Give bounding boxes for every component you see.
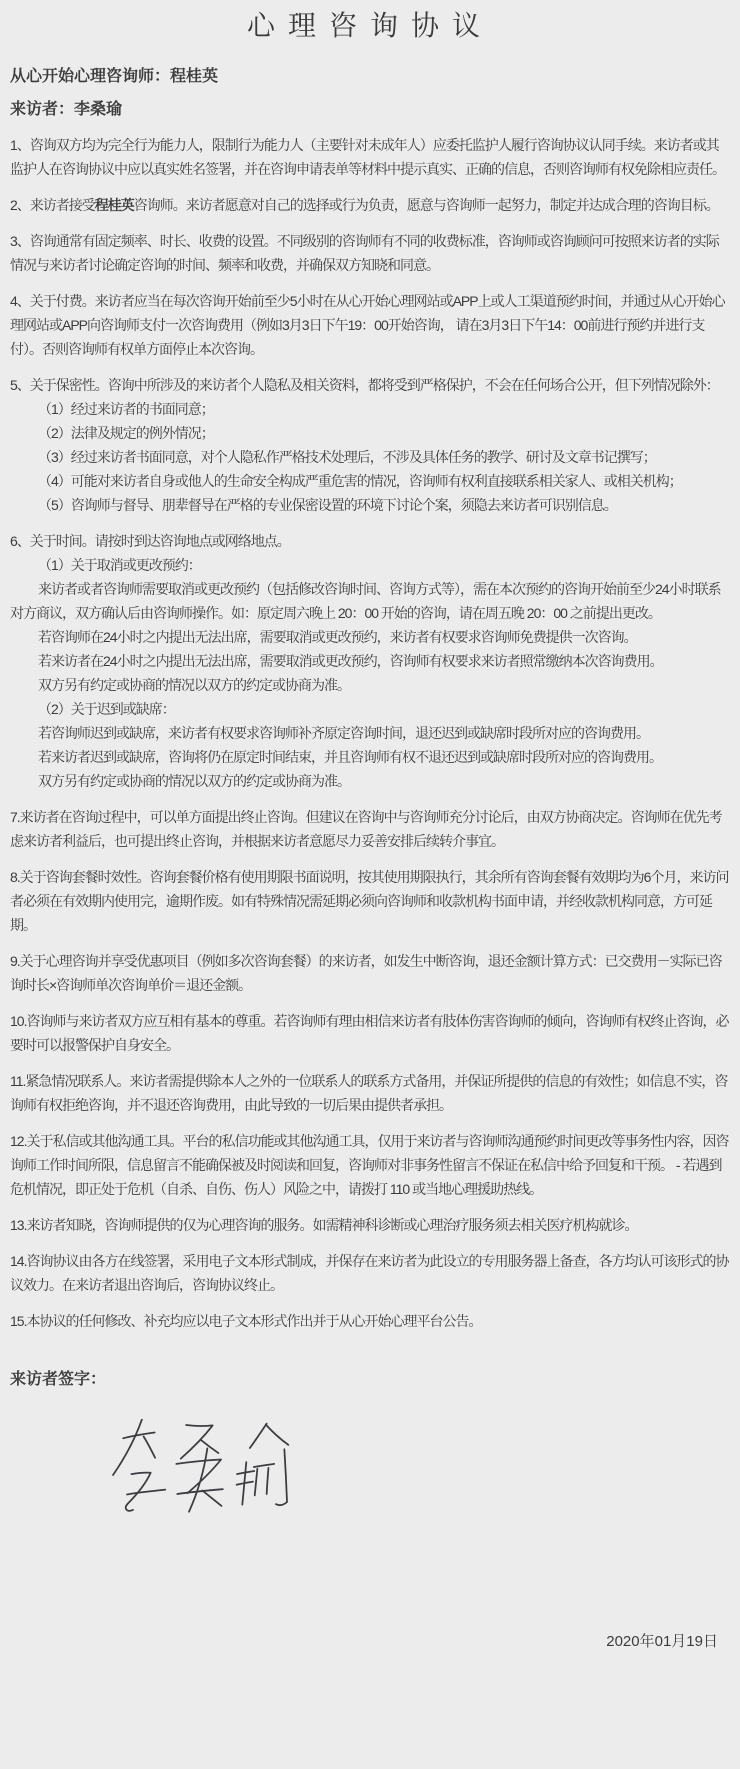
clause-paragraph: 3、咨询通常有固定频率、时长、收费的设置。不同级别的咨询师有不同的收费标准，咨询… [10,229,730,277]
clause-paragraph: 8.关于咨询套餐时效性。咨询套餐价格有使用期限书面说明，按其使用期限执行，其余所… [10,865,730,937]
clause-text: 2、来访者接受 [10,197,95,213]
sub-item-paragraph: （5）咨询师与督导、朋辈督导在严格的专业保密设置的环境下讨论个案，须隐去来访者可… [10,493,730,517]
indented-paragraph: 双方另有约定或协商的情况以双方的约定或协商为准。 [10,769,730,793]
clause-paragraph: 10.咨询师与来访者双方应互相有基本的尊重。若咨询师有理由相信来访者有肢体伤害咨… [10,1009,730,1057]
sub-item-paragraph: （3）经过来访者书面同意，对个人隐私作严格技术处理后，不涉及具体任务的教学、研讨… [10,445,730,469]
indented-paragraph: 若来访者在24小时之内提出无法出席，需要取消或更改预约，咨询师有权要求来访者照常… [10,649,730,673]
sub-item-paragraph: （1）经过来访者的书面同意； [10,397,730,421]
clause-paragraph: 4、关于付费。来访者应当在每次咨询开始前至少5小时在从心开始心理网站或APP上或… [10,289,730,361]
visitor-line: 来访者：李桑瑜 [10,99,730,121]
indented-paragraph: 若咨询师在24小时之内提出无法出席，需要取消或更改预约，来访者有权要求咨询师免费… [10,625,730,649]
agreement-page: { "colors": { "background": "#ececec", "… [0,0,740,1769]
sub-item-paragraph: （4）可能对来访者自身或他人的生命安全构成严重危害的情况，咨询师有权利直接联系相… [10,469,730,493]
clause-paragraph: 1、咨询双方均为完全行为能力人，限制行为能力人（主要针对未成年人）应委托监护人履… [10,133,730,181]
clause-paragraph: 14.咨询协议由各方在线签署，采用电子文本形式制成，并保存在来访者为此设立的专用… [10,1249,730,1297]
clause-paragraph: 9.关于心理咨询并享受优惠项目（例如多次咨询套餐）的来访者，如发生中断咨询，退还… [10,949,730,997]
signature-label: 来访者签字： [10,1369,730,1391]
clause-paragraph: 11.紧急情况联系人。来访者需提供除本人之外的一位联系人的联系方式备用，并保证所… [10,1069,730,1117]
clause-paragraph: 2、来访者接受程桂英咨询师。来访者愿意对自己的选择或行为负责，愿意与咨询师一起努… [10,193,730,217]
counselor-line: 从心开始心理咨询师：程桂英 [10,66,730,88]
agreement-body: 1、咨询双方均为完全行为能力人，限制行为能力人（主要针对未成年人）应委托监护人履… [10,133,730,1333]
clause-paragraph: 12.关于私信或其他沟通工具。平台的私信功能或其他沟通工具，仅用于来访者与咨询师… [10,1129,730,1201]
clause-text: 咨询师。来访者愿意对自己的选择或行为负责，愿意与咨询师一起努力，制定并达成合理的… [134,197,719,213]
page-title: 心理咨询协议 [10,6,730,46]
counselor-name-inline: 程桂英 [95,197,134,213]
clause-paragraph: 13.来访者知晓，咨询师提供的仅为心理咨询的服务。如需精神科诊断或心理治疗服务须… [10,1213,730,1237]
indented-paragraph: 来访者或者咨询师需要取消或更改预约（包括修改咨询时间、咨询方式等），需在本次预约… [10,577,730,625]
agreement-date: 2020年01月19日 [10,1631,730,1653]
clause-paragraph: 5、关于保密性。咨询中所涉及的来访者个人隐私及相关资料，都将受到严格保护，不会在… [10,373,730,397]
handwritten-signature [10,1417,410,1583]
clause-paragraph: 15.本协议的任何修改、补充均应以电子文本形式作出并于从心开始心理平台公告。 [10,1309,730,1333]
clause-paragraph: 6、关于时间。请按时到达咨询地点或网络地点。 [10,529,730,553]
sub-item-paragraph: （2）关于迟到或缺席： [10,697,730,721]
signature-strokes-icon [10,1417,410,1583]
indented-paragraph: 若来访者迟到或缺席，咨询将仍在原定时间结束，并且咨询师有权不退还迟到或缺席时段所… [10,745,730,769]
clause-paragraph: 7.来访者在咨询过程中，可以单方面提出终止咨询。但建议在咨询中与咨询师充分讨论后… [10,805,730,853]
sub-item-paragraph: （1）关于取消或更改预约： [10,553,730,577]
sub-item-paragraph: （2）法律及规定的例外情况； [10,421,730,445]
indented-paragraph: 双方另有约定或协商的情况以双方的约定或协商为准。 [10,673,730,697]
indented-paragraph: 若咨询师迟到或缺席，来访者有权要求咨询师补齐原定咨询时间，退还迟到或缺席时段所对… [10,721,730,745]
